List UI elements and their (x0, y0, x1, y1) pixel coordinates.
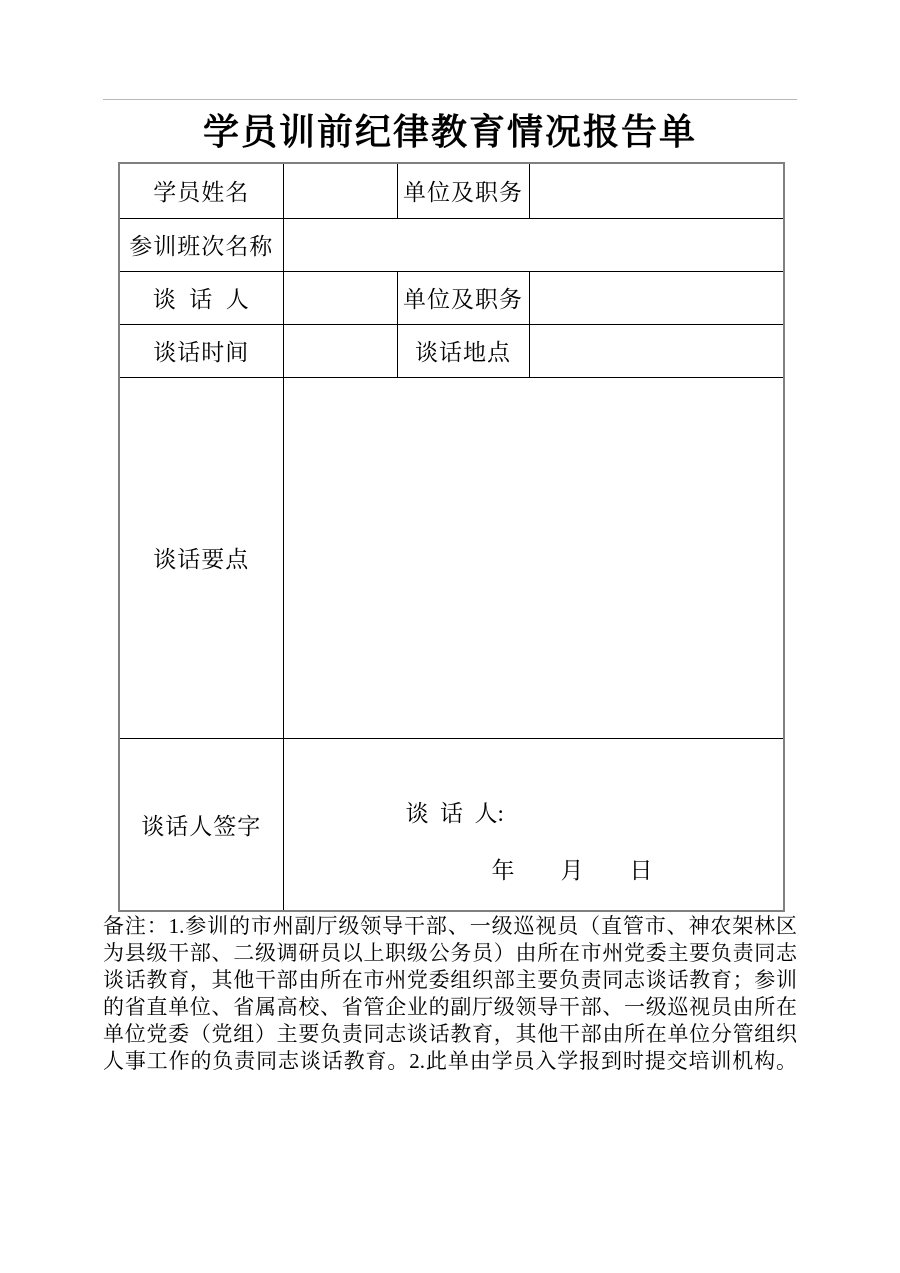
footnote-line-4: 的省直单位、省属高校、省管企业的副厅级领导干部、一级巡视员由所在 (103, 994, 797, 1021)
signature-interviewer-line: 谈 话 人: (406, 795, 504, 828)
field-interviewer[interactable] (283, 271, 397, 324)
label-talk-place: 谈话地点 (397, 324, 529, 377)
footnote-line-5: 单位党委（党组）主要负责同志谈话教育，其他干部由所在单位分管组织 (103, 1021, 797, 1048)
footnote-line-3: 谈话教育，其他干部由所在市州党委组织部主要负责同志谈话教育；参训 (103, 967, 797, 994)
footnote: 备注：1.参训的市州副厅级领导干部、一级巡视员（直管市、神农架林区 为县级干部、… (103, 913, 797, 1075)
report-form: 学员姓名 单位及职务 参训班次名称 谈 话 人 单位及职务 谈话时间 谈话地点 (118, 162, 785, 912)
label-talk-points: 谈话要点 (119, 377, 283, 738)
field-talk-points[interactable] (283, 377, 784, 738)
signature-date-line: 年 月 日 (492, 852, 653, 885)
field-talk-place[interactable] (529, 324, 784, 377)
field-class-name[interactable] (283, 218, 784, 271)
row-student-name: 学员姓名 单位及职务 (119, 163, 784, 218)
footnote-line-1: 备注：1.参训的市州副厅级领导干部、一级巡视员（直管市、神农架林区 (103, 913, 797, 940)
footnote-line-6: 人事工作的负责同志谈话教育。2.此单由学员入学报到时提交培训机构。 (103, 1048, 797, 1075)
label-student-name: 学员姓名 (119, 163, 283, 218)
row-signature: 谈话人签字 谈 话 人: 年 月 日 (119, 738, 784, 911)
row-talk-time-place: 谈话时间 谈话地点 (119, 324, 784, 377)
field-unit-position-2[interactable] (529, 271, 784, 324)
label-interviewer: 谈 话 人 (119, 271, 283, 324)
label-talk-time: 谈话时间 (119, 324, 283, 377)
label-unit-position-1: 单位及职务 (397, 163, 529, 218)
row-interviewer: 谈 话 人 单位及职务 (119, 271, 784, 324)
label-class-name: 参训班次名称 (119, 218, 283, 271)
field-unit-position-1[interactable] (529, 163, 784, 218)
document-page: 学员训前纪律教育情况报告单 学员姓名 单位及职务 参训班次名称 谈 话 人 单位… (0, 0, 900, 1273)
field-signature[interactable]: 谈 话 人: 年 月 日 (283, 738, 784, 911)
header-rule (103, 99, 797, 100)
row-class-name: 参训班次名称 (119, 218, 784, 271)
field-student-name[interactable] (283, 163, 397, 218)
form-title: 学员训前纪律教育情况报告单 (0, 104, 900, 155)
label-unit-position-2: 单位及职务 (397, 271, 529, 324)
label-signature: 谈话人签字 (119, 738, 283, 911)
row-talk-points: 谈话要点 (119, 377, 784, 738)
field-talk-time[interactable] (283, 324, 397, 377)
footnote-line-2: 为县级干部、二级调研员以上职级公务员）由所在市州党委主要负责同志 (103, 940, 797, 967)
